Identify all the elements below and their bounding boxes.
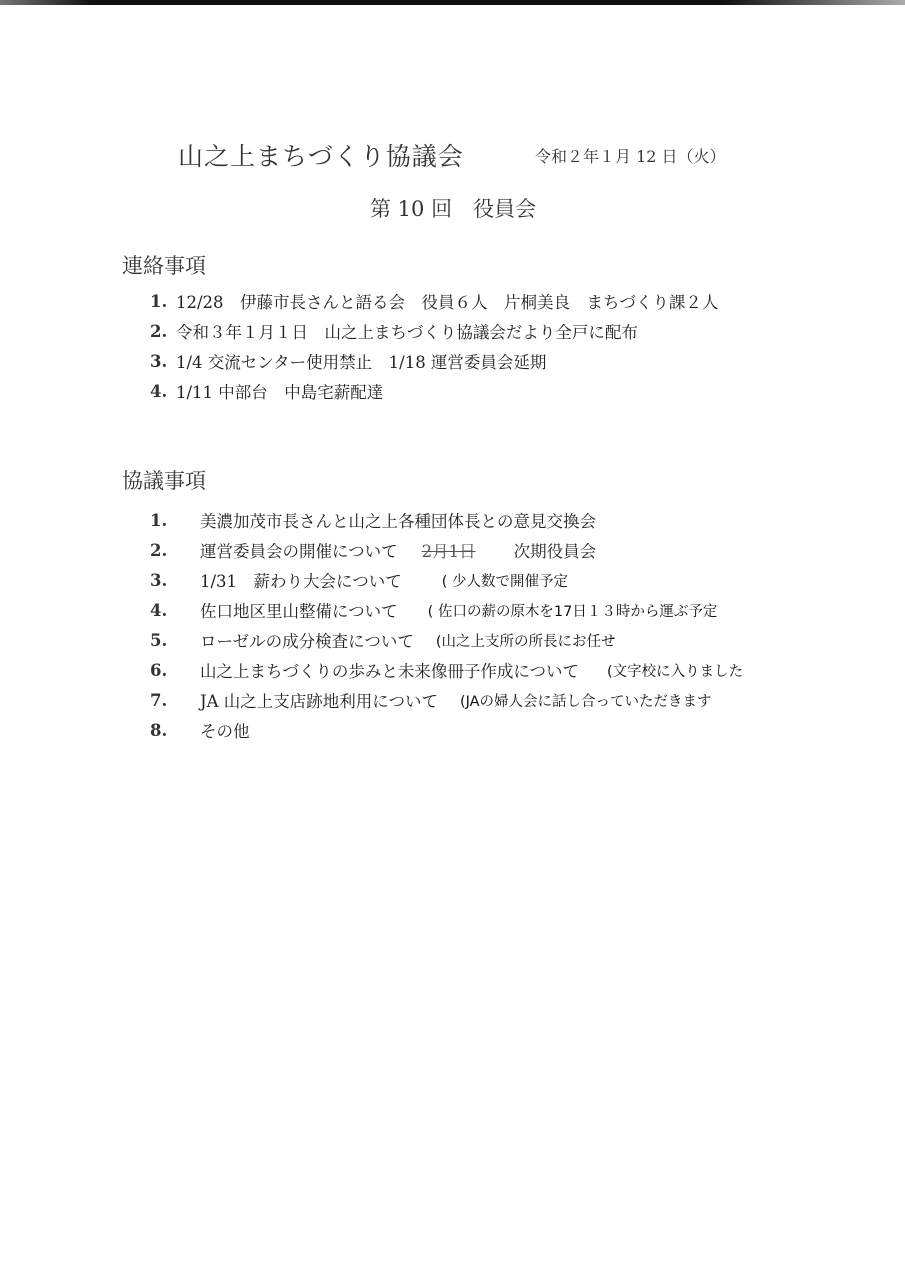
item-text: ローゼルの成分検査について: [200, 628, 414, 652]
kyogi-list: 1.美濃加茂市長さんと山之上各種団体長との意見交換会 2.運営委員会の開催につい…: [150, 505, 743, 745]
item-number: 4.: [150, 382, 176, 401]
item-number: 1.: [150, 511, 200, 530]
item-number: 2.: [150, 541, 200, 560]
item-text: 12/28 伊藤市長さんと語る会 役員６人 片桐美良 まちづくり課２人: [176, 289, 718, 313]
item-text: 運営委員会の開催について: [200, 538, 398, 562]
item-text: 1/11 中部台 中島宅薪配達: [176, 379, 383, 403]
item-number: 3.: [150, 352, 176, 371]
item-text: JA 山之上支店跡地利用について: [200, 688, 438, 712]
item-number: 3.: [150, 571, 200, 590]
item-text: その他: [200, 718, 250, 742]
item-text: 1/4 交流センター使用禁止 1/18 運営委員会延期: [176, 349, 546, 373]
list-item: 4.佐口地区里山整備について( 佐口の薪の原木を17日１３時から運ぶ予定: [150, 595, 743, 625]
item-text: 佐口地区里山整備について: [200, 598, 398, 622]
org-title: 山之上まちづくり協議会: [178, 137, 464, 173]
list-item: 3.1/4 交流センター使用禁止 1/18 運営委員会延期: [150, 346, 718, 376]
item-text: 美濃加茂市長さんと山之上各種団体長との意見交換会: [200, 508, 596, 532]
list-item: 6.山之上まちづくりの歩みと未来像冊子作成について(文字校に入りました: [150, 655, 743, 685]
item-text: 1/31 薪わり大会について: [200, 568, 402, 592]
item-number: 2.: [150, 322, 176, 341]
list-item: 2.令和３年１月１日 山之上まちづくり協議会だより全戸に配布: [150, 316, 718, 346]
item-note: (文字校に入りました: [607, 660, 743, 681]
list-item: 7.JA 山之上支店跡地利用について(JAの婦人会に話し合っていただきます: [150, 685, 743, 715]
list-item: 4.1/11 中部台 中島宅薪配達: [150, 376, 718, 406]
list-item: 2.運営委員会の開催について2月1日次期役員会: [150, 535, 743, 565]
scan-edge: [0, 0, 905, 5]
section-heading-kyogi: 協議事項: [122, 465, 206, 495]
item-note: (JAの婦人会に話し合っていただきます: [460, 690, 712, 711]
item-text: 山之上まちづくりの歩みと未来像冊子作成について: [200, 658, 579, 682]
renraku-list: 1.12/28 伊藤市長さんと語る会 役員６人 片桐美良 まちづくり課２人 2.…: [150, 286, 718, 406]
item-number: 8.: [150, 721, 200, 740]
item-note: ( 佐口の薪の原木を17日１３時から運ぶ予定: [428, 600, 718, 621]
item-note: (山之上支所の所長にお任せ: [436, 630, 616, 651]
struck-date: 2月1日: [422, 538, 476, 562]
item-number: 1.: [150, 292, 176, 311]
item-note: ( 少人数で開催予定: [442, 570, 568, 591]
list-item: 3.1/31 薪わり大会について( 少人数で開催予定: [150, 565, 743, 595]
item-note: 次期役員会: [514, 538, 597, 562]
list-item: 8.その他: [150, 715, 743, 745]
meeting-date: 令和２年１月 12 日（火）: [535, 144, 726, 167]
list-item: 1.12/28 伊藤市長さんと語る会 役員６人 片桐美良 まちづくり課２人: [150, 286, 718, 316]
list-item: 5.ローゼルの成分検査について(山之上支所の所長にお任せ: [150, 625, 743, 655]
section-heading-renraku: 連絡事項: [122, 250, 206, 280]
item-number: 7.: [150, 691, 200, 710]
item-text: 令和３年１月１日 山之上まちづくり協議会だより全戸に配布: [176, 319, 638, 343]
item-number: 4.: [150, 601, 200, 620]
item-number: 6.: [150, 661, 200, 680]
meeting-title: 第 10 回 役員会: [370, 193, 536, 223]
item-number: 5.: [150, 631, 200, 650]
list-item: 1.美濃加茂市長さんと山之上各種団体長との意見交換会: [150, 505, 743, 535]
